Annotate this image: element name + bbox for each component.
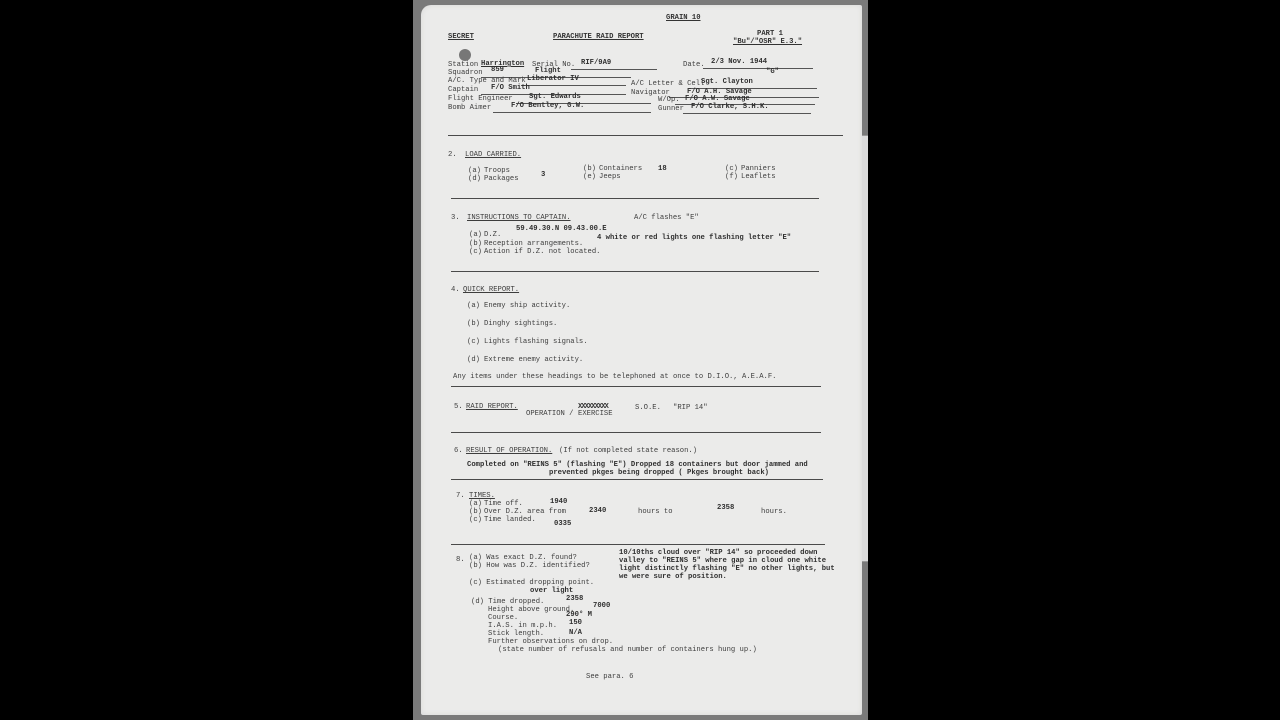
instr-key: (b) <box>469 240 482 248</box>
section2-title: LOAD CARRIED. <box>465 151 521 159</box>
ink-blot <box>459 49 471 61</box>
quick-label: Dinghy sightings. <box>484 320 557 328</box>
serial-value: RIF/9A9 <box>581 59 611 67</box>
section2-number: 2. <box>448 151 457 159</box>
load-key: (f) <box>725 173 738 181</box>
load-key: (d) <box>468 175 481 183</box>
ias-label: I.A.S. in m.p.h. <box>488 622 557 630</box>
gunner-label: Gunner <box>658 105 684 113</box>
load-label: Packages <box>484 175 519 183</box>
section4-title: QUICK REPORT. <box>463 286 519 294</box>
quick-label: Extreme enemy activity. <box>484 356 583 364</box>
section3-number: 3. <box>451 214 460 222</box>
gunner-value: F/O Clarke, S.H.K. <box>691 103 769 111</box>
dropping-point-value: over light <box>530 587 573 595</box>
reception-value: 4 white or red lights one flashing lette… <box>597 234 791 242</box>
course-label: Course. <box>488 614 518 622</box>
section4-number: 4. <box>451 286 460 294</box>
exercise-label: EXERCISE <box>578 410 613 418</box>
time-off-value: 1940 <box>550 498 567 506</box>
answer-line: 10/10ths cloud over "RIP 14" so proceede… <box>619 549 817 557</box>
bomb-aimer-label: Bomb Aimer <box>448 104 491 112</box>
operation-label: OPERATION / <box>526 410 573 418</box>
part-label: PART 1 <box>757 30 783 38</box>
height-value: 7000 <box>593 602 610 610</box>
over-dz-to-value: 2358 <box>717 504 734 512</box>
flight-engineer-label: Flight Engineer <box>448 95 513 103</box>
section5-number: 5. <box>454 403 463 411</box>
times-key: (a) <box>469 500 482 508</box>
result-line-2: prevented pkges being dropped ( Pkges br… <box>549 469 769 477</box>
load-key: (c) <box>725 165 738 173</box>
load-key: (b) <box>583 165 596 173</box>
course-value: 290° M <box>566 611 592 619</box>
captain-value: F/O Smith <box>491 84 530 92</box>
flight-label: Flight <box>535 67 561 75</box>
captain-label: Captain <box>448 86 478 94</box>
quick-report-footnote: Any items under these headings to be tel… <box>453 373 777 381</box>
result-line-1: Completed on "REINS 5" (flashing "E") Dr… <box>467 461 808 469</box>
question-a: (a) Was exact D.Z. found? <box>469 554 577 562</box>
times-label: Time off. <box>484 500 523 508</box>
divider <box>448 135 843 136</box>
stick-value: N/A <box>569 629 582 637</box>
divider <box>451 544 825 545</box>
question-c: (c) Estimated dropping point. <box>469 579 594 587</box>
times-label: Time landed. <box>484 516 536 524</box>
instr-label: D.Z. <box>484 231 501 239</box>
times-key: (b) <box>469 508 482 516</box>
quick-key: (c) <box>467 338 480 346</box>
ac-letter-label: A/C Letter & Cell <box>631 80 704 88</box>
quick-key: (b) <box>467 320 480 328</box>
question-b: (b) How was D.Z. identified? <box>469 562 590 570</box>
load-label: Panniers <box>741 165 776 173</box>
section6-number: 6. <box>454 447 463 455</box>
load-value: 18 <box>658 165 667 173</box>
section3-title: INSTRUCTIONS TO CAPTAIN. <box>467 214 571 222</box>
hours-to-label: hours to <box>638 508 673 516</box>
date-value: 2/3 Nov. 1944 <box>711 58 767 66</box>
section7-number: 7. <box>456 492 465 500</box>
answer-line: light distinctly flashing "E" no other l… <box>619 565 835 573</box>
see-para-note: See para. 6 <box>586 673 633 681</box>
divider <box>451 198 819 199</box>
bomb-aimer-value: F/O Bentley, G.W. <box>511 102 584 110</box>
time-dropped-value: 2358 <box>566 595 583 603</box>
ias-value: 150 <box>569 619 582 627</box>
wop-value: F/O A.W. Savage <box>685 95 750 103</box>
raid-report-document: GRAIN 10 SECRET PARACHUTE RAID REPORT PA… <box>421 5 862 715</box>
wop-label: W/Op. <box>658 96 680 104</box>
quick-key: (a) <box>467 302 480 310</box>
load-key: (e) <box>583 173 596 181</box>
divider <box>451 432 821 433</box>
ac-letter-value: "G" <box>766 68 779 76</box>
load-label: Containers <box>599 165 642 173</box>
ac-letter-extra: Sgt. Clayton <box>701 78 753 86</box>
times-key: (c) <box>469 516 482 524</box>
further-label: Further observations on drop. <box>488 638 613 646</box>
soe-value: "RIP 14" <box>673 404 708 412</box>
soe-label: S.O.E. <box>635 404 661 412</box>
quick-label: Lights flashing signals. <box>484 338 588 346</box>
form-title: PARACHUTE RAID REPORT <box>553 33 644 41</box>
time-landed-value: 0335 <box>554 520 571 528</box>
dz-value: 59.49.30.N 09.43.00.E <box>516 225 607 233</box>
height-label: Height above ground. <box>488 606 574 614</box>
section6-title: RESULT OF OPERATION. <box>466 447 552 455</box>
section8-number: 8. <box>456 556 465 564</box>
instr-label: Action if D.Z. not located. <box>484 248 600 256</box>
instr-key: (a) <box>469 231 482 239</box>
load-key: (a) <box>468 167 481 175</box>
load-value: 3 <box>541 171 545 179</box>
answer-line: we were sure of position. <box>619 573 727 581</box>
section7-title: TIMES. <box>469 492 495 500</box>
section3-note: A/C flashes "E" <box>634 214 699 222</box>
quick-key: (d) <box>467 356 480 364</box>
quick-label: Enemy ship activity. <box>484 302 570 310</box>
squadron-label: Squadron <box>448 69 483 77</box>
question-d: (d) Time dropped. <box>471 598 544 606</box>
date-label: Date. <box>683 61 705 69</box>
divider <box>451 479 823 480</box>
divider <box>451 271 819 272</box>
hours-label: hours. <box>761 508 787 516</box>
station-label: Station <box>448 61 478 69</box>
instr-key: (c) <box>469 248 482 256</box>
part-sub-label: "Bu"/"OSR" E.3." <box>733 38 802 46</box>
load-label: Leaflets <box>741 173 776 181</box>
times-label: Over D.Z. area from <box>484 508 566 516</box>
flight-engineer-value: Sgt. Edwards <box>529 93 581 101</box>
further-sub: (state number of refusals and number of … <box>498 646 757 654</box>
answer-line: valley to "REINS 5" where gap in cloud o… <box>619 557 826 565</box>
over-dz-from-value: 2340 <box>589 507 606 515</box>
instr-label: Reception arrangements. <box>484 240 583 248</box>
section6-subtitle: (If not completed state reason.) <box>559 447 697 455</box>
divider <box>451 386 821 387</box>
classification-label: SECRET <box>448 33 474 41</box>
section5-title: RAID REPORT. <box>466 403 518 411</box>
stick-label: Stick length. <box>488 630 544 638</box>
squadron-value: 859 <box>491 66 504 74</box>
ac-type-value: Liberator IV <box>527 75 579 83</box>
load-label: Troops <box>484 167 510 175</box>
appendix-label: GRAIN 10 <box>666 14 701 22</box>
load-label: Jeeps <box>599 173 621 181</box>
